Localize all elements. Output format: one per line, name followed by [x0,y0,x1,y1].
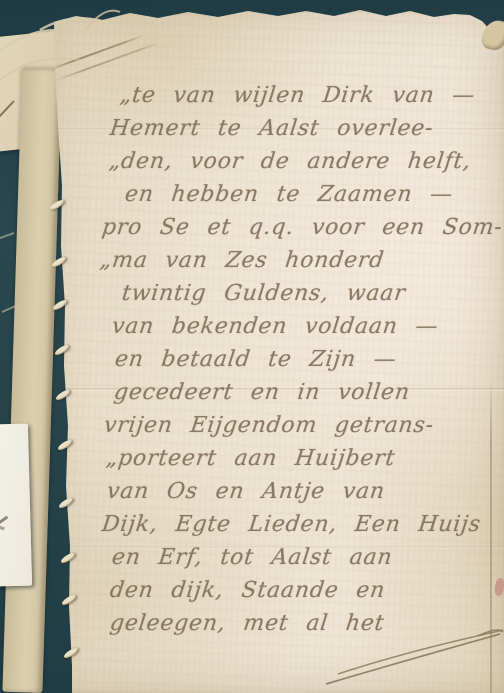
tab-pencil-mark [0,516,8,524]
handwriting-line: den dijk, Staande en [108,574,502,607]
binding-thread [0,233,14,238]
handwriting-line: „den, voor de andere helft, [107,145,502,178]
handwriting-line: en hebben te Zaamen — [123,178,502,211]
handwriting-line: Dijk, Egte Lieden, Een Huijs [100,508,502,541]
manuscript-page: „te van wijlen Dirk van — Hemert te Aals… [42,6,504,693]
handwriting-text: „te van wijlen Dirk van — Hemert te Aals… [98,79,498,640]
handwriting-line: „ma van Zes honderd [98,244,502,277]
handwriting-line: van Os en Antje van [105,475,502,508]
archival-tab [0,424,32,587]
tab-pencil-mark [0,525,5,530]
handwriting-line: „porteert aan Huijbert [104,442,502,475]
handwriting-line: geleegen, met al het [108,607,502,640]
underlying-pages-edge [2,68,62,693]
handwriting-line: gecedeert en in vollen [112,376,502,409]
handwriting-line: en Erf, tot Aalst aan [110,541,502,574]
handwriting-line: en betaald te Zijn — [113,343,502,376]
handwriting-line: vrijen Eijgendom getrans- [102,409,502,442]
manuscript-photo: „te van wijlen Dirk van — Hemert te Aals… [0,0,504,693]
handwriting-line: van bekenden voldaan — [110,310,502,343]
handwriting-line: „te van wijlen Dirk van — [118,79,502,112]
handwriting-line: pro Se et q.q. voor een Som- [100,211,502,244]
handwriting-line: Hemert te Aalst overlee- [108,112,502,145]
handwriting-line: twintig Guldens, waar [120,277,502,310]
